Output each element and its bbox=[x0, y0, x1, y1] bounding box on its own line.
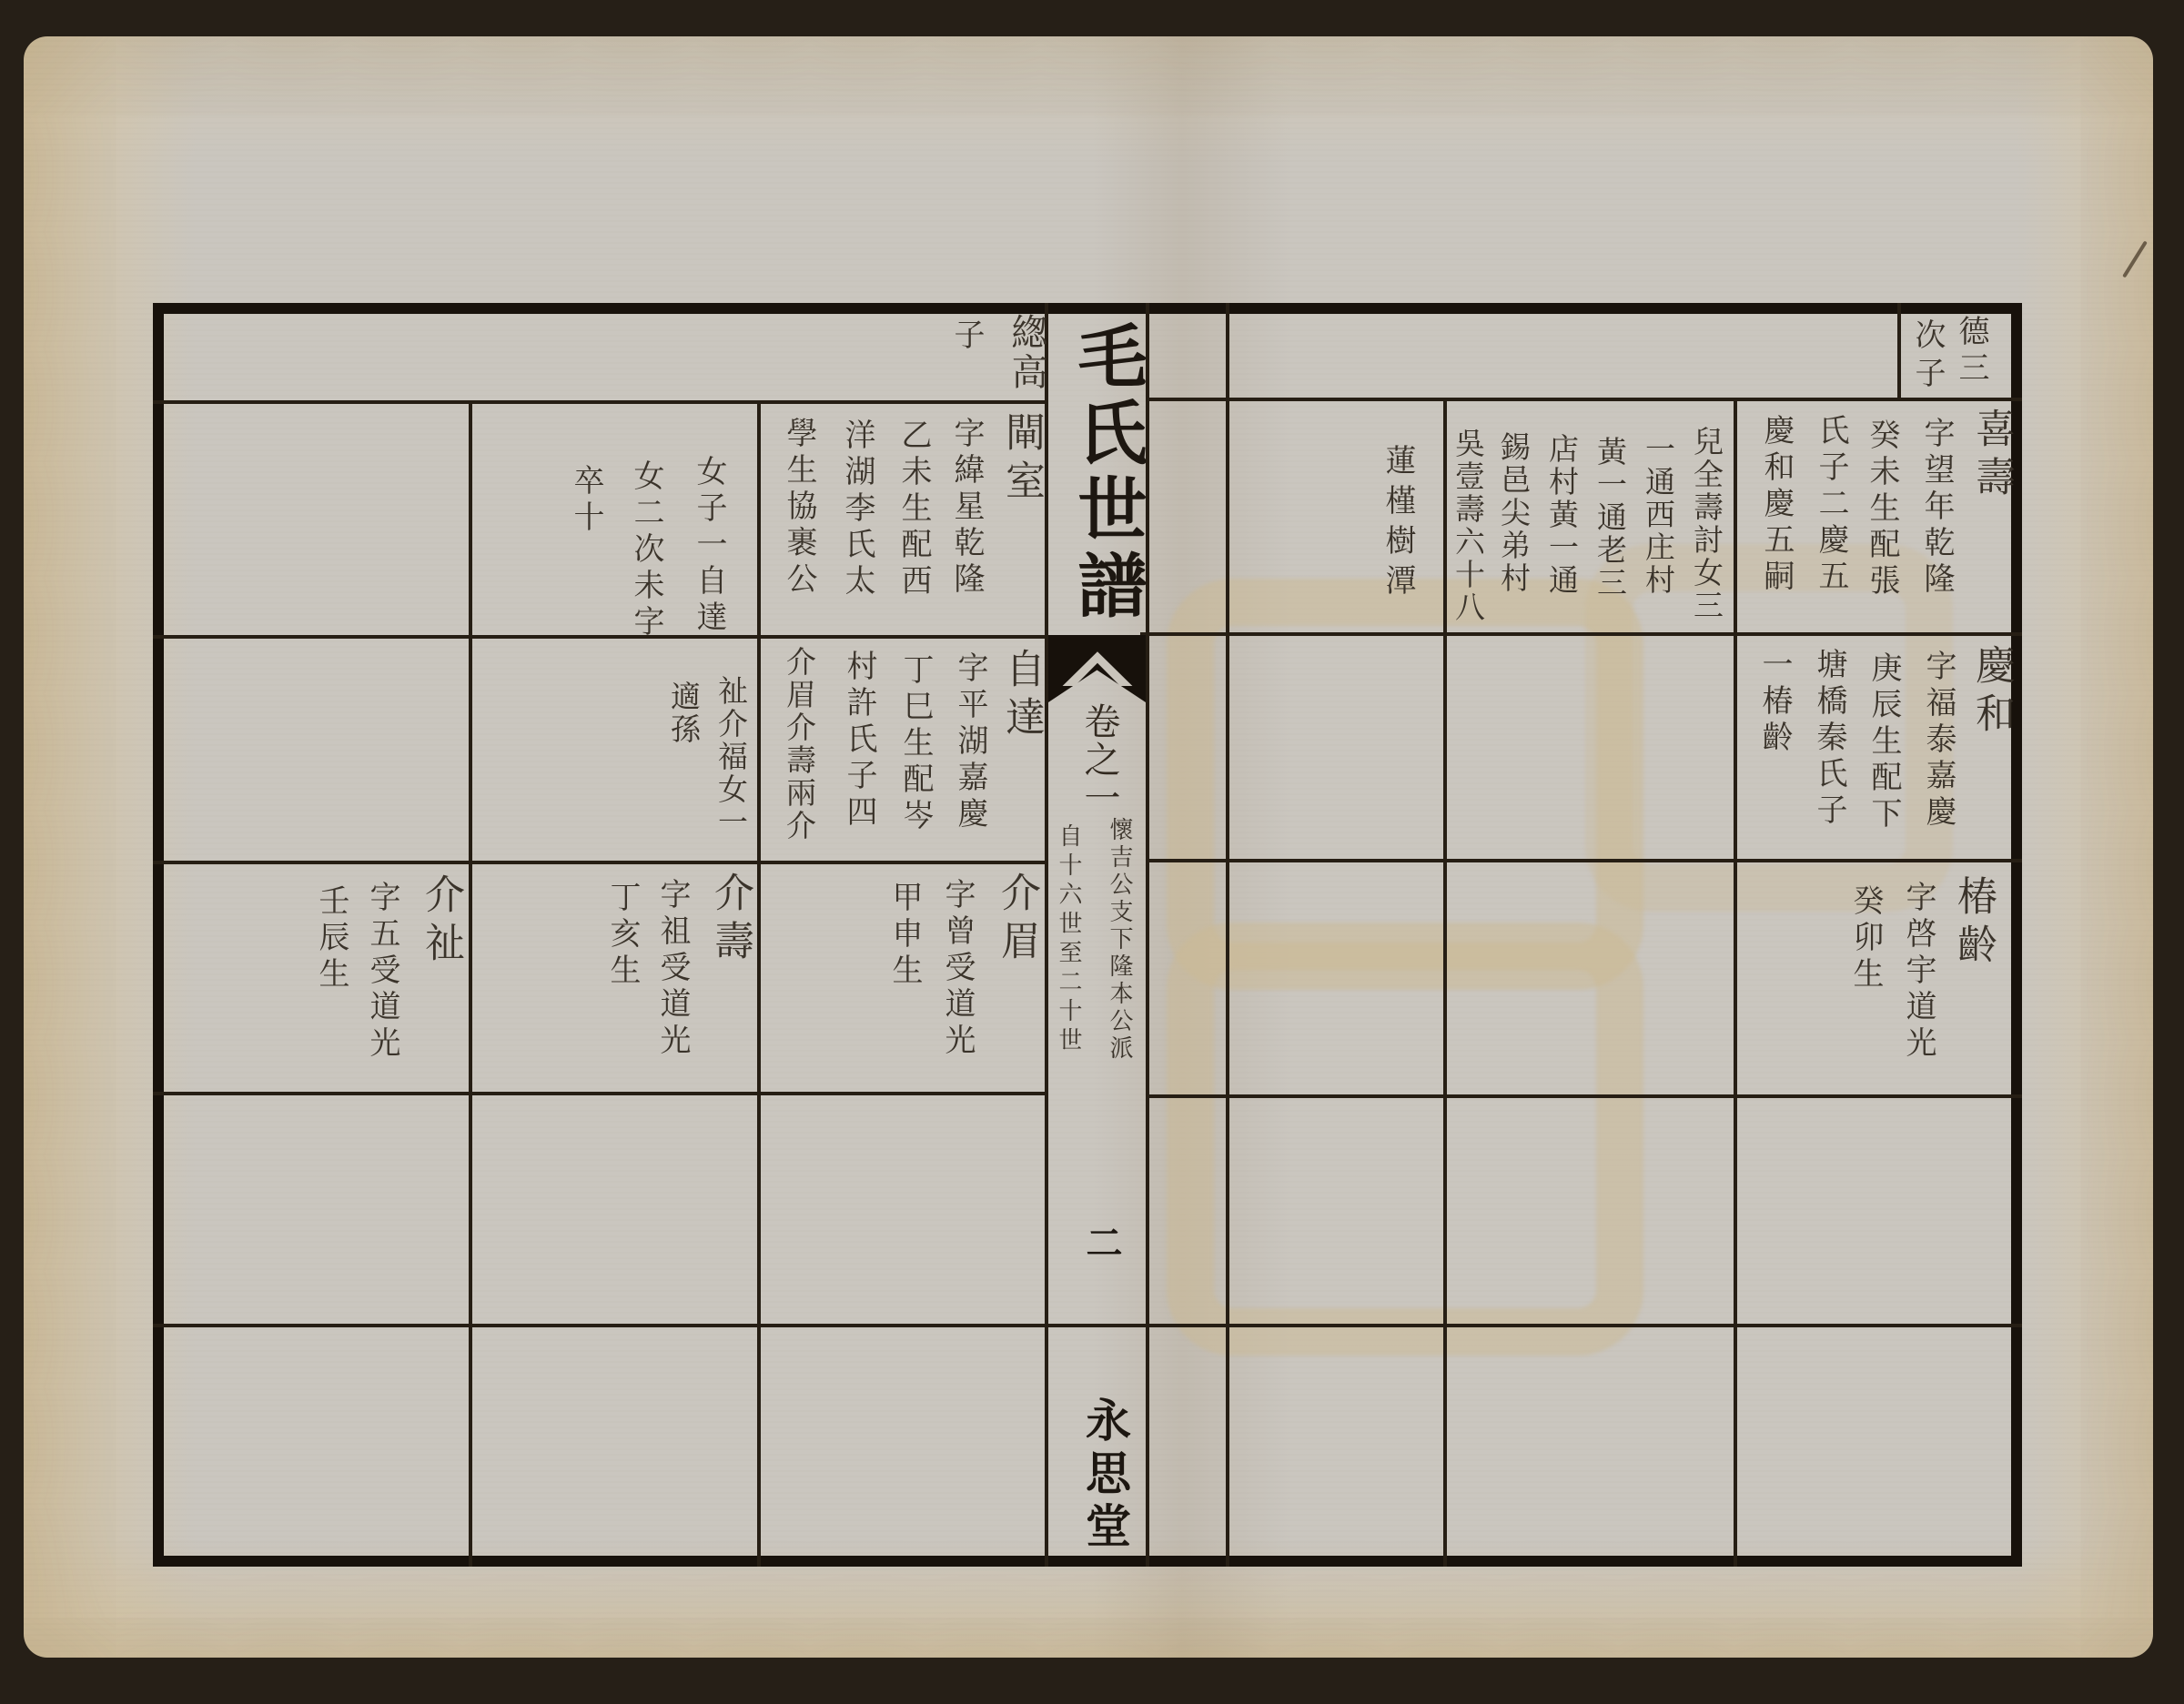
entry-detail: 適孫 bbox=[662, 681, 705, 746]
entry-detail: 黃一通老三 bbox=[1589, 436, 1632, 600]
entry-name: 喜壽 bbox=[1962, 408, 2020, 504]
entry-detail: 慶和慶五嗣 bbox=[1754, 414, 1799, 596]
header-note-left: 次子 bbox=[1906, 318, 1950, 395]
entry-detail: 介眉介壽兩介 bbox=[778, 646, 821, 842]
header-note-outer: 子 bbox=[945, 318, 989, 349]
entry-detail: 錫邑尖弟村 bbox=[1492, 431, 1535, 595]
entry-detail: 氏子二慶五 bbox=[1809, 414, 1854, 596]
entry-detail: 兒全壽討女三 bbox=[1685, 426, 1728, 622]
entry-name: 介眉 bbox=[987, 872, 1046, 968]
grid-line-h bbox=[153, 635, 1052, 639]
grid-line-h bbox=[153, 1092, 1045, 1095]
grid-line-h bbox=[1148, 859, 2022, 862]
header-note-right: 德三 bbox=[1949, 315, 1994, 388]
hall-name: 永思堂 bbox=[1072, 1396, 1137, 1555]
entry-detail: 祉介福女一 bbox=[710, 675, 753, 839]
grid-line-v bbox=[1226, 303, 1229, 1567]
generation-range-note: 自十六世至二十世 bbox=[1052, 823, 1086, 1056]
entry-name: 閘室 bbox=[992, 411, 1050, 508]
grid-line-v bbox=[1897, 303, 1901, 400]
grid-line-h bbox=[153, 861, 1045, 864]
entry-detail: 字祖受道光 bbox=[651, 878, 695, 1060]
genealogy-scan-photo: 毛氏世譜 卷之一 懷吉公支下隆本公派 自十六世至二十世 二 永思堂 子 緫高 閘… bbox=[0, 0, 2184, 1704]
book-title: 毛氏世譜 bbox=[1057, 320, 1157, 626]
entry-detail: 塘橋秦氏子 bbox=[1807, 648, 1852, 830]
entry-detail: 字福泰嘉慶 bbox=[1916, 650, 1961, 832]
entry-name: 介壽 bbox=[701, 872, 759, 968]
entry-detail: 壬辰生 bbox=[309, 884, 354, 993]
entry-detail: 卒十 bbox=[564, 464, 609, 537]
entry-detail: 字望年乾隆 bbox=[1915, 417, 1959, 599]
entry-detail: 甲申生 bbox=[883, 881, 927, 990]
entry-detail: 字曾受道光 bbox=[935, 878, 980, 1060]
entry-detail: 字五受道光 bbox=[360, 881, 405, 1063]
entry-name: 自達 bbox=[992, 648, 1050, 744]
entry-name: 介祉 bbox=[411, 873, 470, 970]
entry-detail: 吳壹壽六十八 bbox=[1447, 428, 1490, 624]
entry-detail: 一通西庄村 bbox=[1637, 433, 1680, 597]
entry-detail: 癸卯生 bbox=[1844, 884, 1888, 993]
entry-detail: 字啓宇道光 bbox=[1896, 881, 1941, 1063]
grid-line-v bbox=[757, 400, 761, 1567]
entry-detail: 洋湖李氏太 bbox=[835, 418, 880, 600]
entry-detail: 字平湖嘉慶 bbox=[948, 651, 993, 833]
volume-label: 卷之一 bbox=[1074, 702, 1126, 817]
entry-detail: 丁亥生 bbox=[601, 881, 645, 990]
page-number: 二 bbox=[1076, 1224, 1127, 1260]
entry-detail: 丁巳生配岑 bbox=[894, 653, 938, 835]
entry-detail: 女二次未字 bbox=[624, 459, 669, 641]
entry-name: 慶和 bbox=[1962, 644, 2020, 741]
entry-name: 椿齡 bbox=[1944, 875, 2002, 972]
header-note-main: 緫高 bbox=[1001, 313, 1053, 393]
grid-line-h bbox=[1148, 1094, 2022, 1098]
grid-line-h bbox=[1140, 632, 2022, 636]
entry-detail: 癸未生配張 bbox=[1860, 418, 1905, 600]
entry-detail: 庚辰生配下 bbox=[1862, 651, 1906, 833]
entry-detail: 女子一自達 bbox=[687, 455, 732, 637]
entry-detail: 乙未生配西 bbox=[892, 418, 936, 600]
entry-detail: 店村黃一通 bbox=[1541, 433, 1583, 597]
grid-line-h bbox=[153, 400, 1045, 404]
grid-line-v bbox=[469, 400, 472, 1567]
entry-detail: 村許氏子四 bbox=[837, 650, 882, 832]
entry-detail: 蓮槿樹潭 bbox=[1376, 444, 1421, 604]
grid-line-h bbox=[153, 1324, 2022, 1327]
entry-detail: 一椿齡 bbox=[1753, 648, 1797, 757]
grid-line-h bbox=[1148, 398, 2022, 401]
branch-note: 懷吉公支下隆本公派 bbox=[1103, 817, 1137, 1063]
grid-line-v bbox=[1734, 398, 1737, 1567]
entry-detail: 字緯星乾隆 bbox=[945, 417, 989, 599]
entry-detail: 學生協裹公 bbox=[777, 417, 822, 599]
